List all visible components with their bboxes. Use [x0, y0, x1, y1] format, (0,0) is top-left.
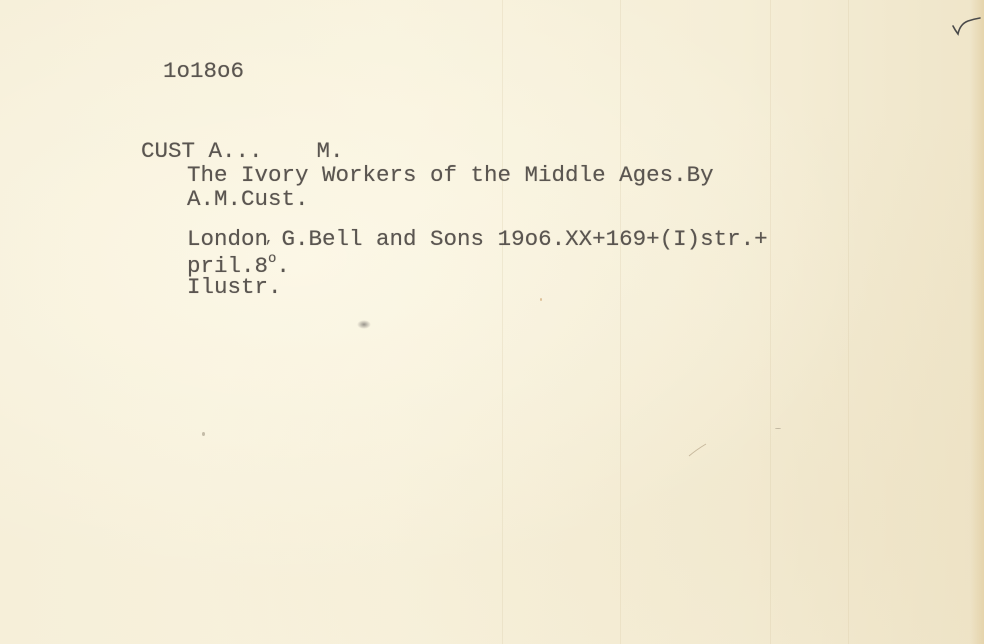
paper-stripe — [620, 0, 621, 644]
author-surname: CUST A... — [141, 138, 263, 164]
paper-speck — [775, 428, 781, 429]
card-edge — [970, 0, 984, 644]
imprint-publisher-collation: G.Bell and Sons 19o6.XX+169+(I)str.+ — [282, 226, 768, 252]
imprint-line-1: London, G.Bell and Sons 19o6.XX+169+(I)s… — [187, 228, 768, 251]
checkmark-icon — [950, 12, 984, 42]
imprint-line-3: Ilustr. — [187, 276, 282, 299]
ink-smudge — [357, 320, 371, 329]
accession-number: 1o18o6 — [163, 60, 244, 83]
paper-speck — [540, 298, 542, 301]
paper-stripe — [502, 0, 503, 644]
catalog-card: 1o18o6 CUST A... M. The Ivory Workers of… — [0, 0, 984, 644]
author-heading: CUST A... M. — [141, 140, 344, 163]
title-line-1: The Ivory Workers of the Middle Ages.By — [187, 164, 714, 187]
author-initial: M. — [317, 138, 344, 164]
title-line-2: A.M.Cust. — [187, 188, 309, 211]
pencil-mark — [686, 440, 710, 460]
paper-stripe — [848, 0, 849, 644]
imprint-place: London — [187, 226, 268, 252]
paper-stripe — [770, 0, 771, 644]
paper-speck — [202, 432, 205, 436]
